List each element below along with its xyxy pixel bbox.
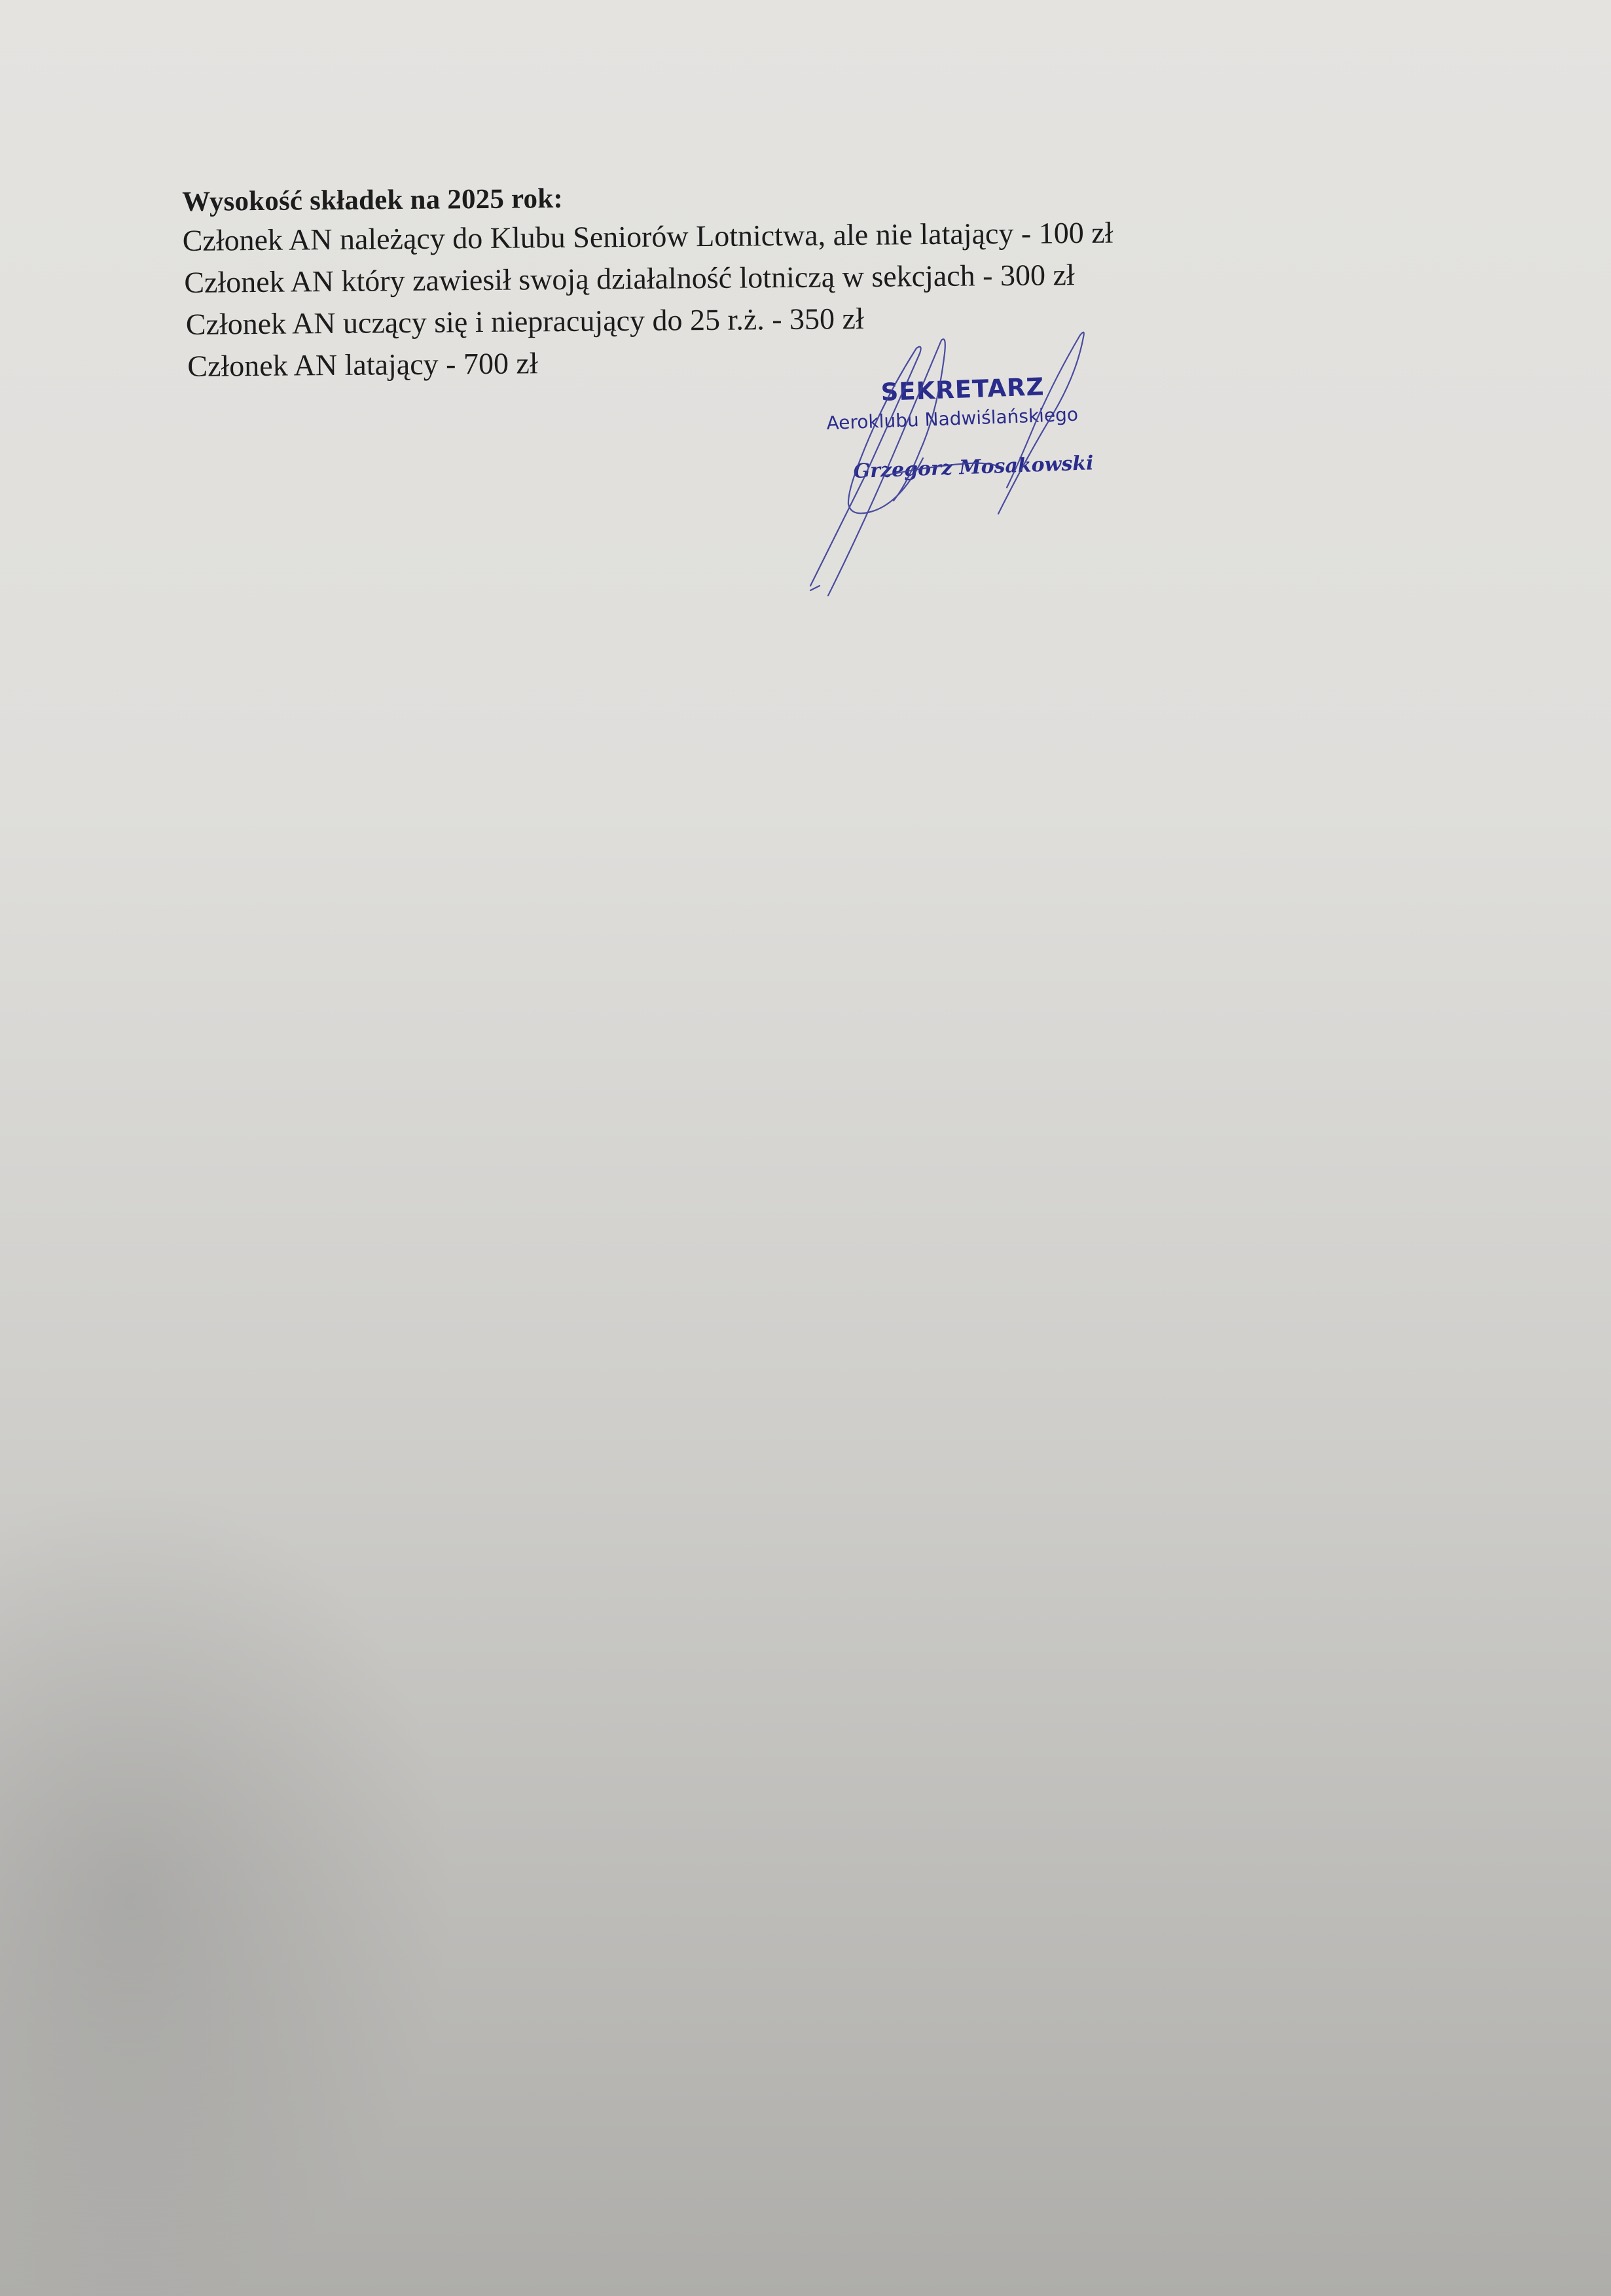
secretary-stamp: SEKRETARZ Aeroklubu Nadwiślańskiego Grze… [786, 327, 1152, 602]
handwritten-signature-icon [786, 327, 1152, 602]
scanned-document-page: Wysokość składek na 2025 rok: Członek AN… [0, 0, 1611, 2296]
fee-item-suspended: Członek AN który zawiesił swoją działaln… [184, 254, 1113, 304]
